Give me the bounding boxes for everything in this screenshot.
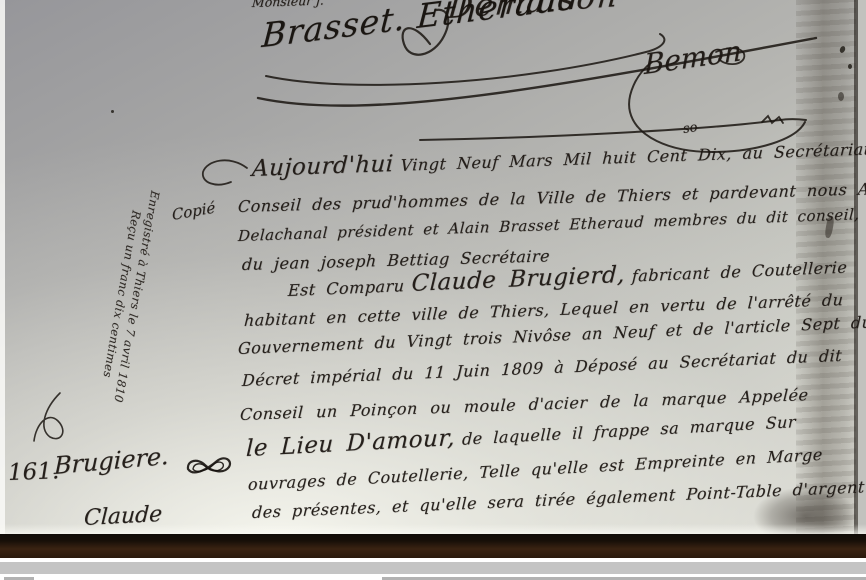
ink-speck [848, 64, 852, 69]
screenshot-stage: Monsieur j. Demaison Brasset. Etheraud B… [0, 0, 866, 580]
ink-speck [111, 110, 114, 113]
bottom-gray-bar [0, 562, 866, 574]
registry-number: 161. [8, 458, 60, 486]
bemon-underline-flourish [420, 119, 806, 140]
registry-firstname: Claude [83, 502, 162, 531]
document-photo: Monsieur j. Demaison Brasset. Etheraud B… [0, 0, 866, 558]
opening-swash [203, 160, 247, 184]
handwriting-layer: Monsieur j. Demaison Brasset. Etheraud B… [0, 0, 866, 558]
love-knot-mark-icon [184, 452, 238, 484]
body-line-1-opening: Aujourd'hui [251, 151, 394, 182]
bemon-paraph: so [682, 120, 698, 137]
margin-squiggle [34, 393, 63, 441]
body-line-5-lead: Est Comparu [287, 276, 404, 300]
ink-speck [838, 92, 844, 101]
